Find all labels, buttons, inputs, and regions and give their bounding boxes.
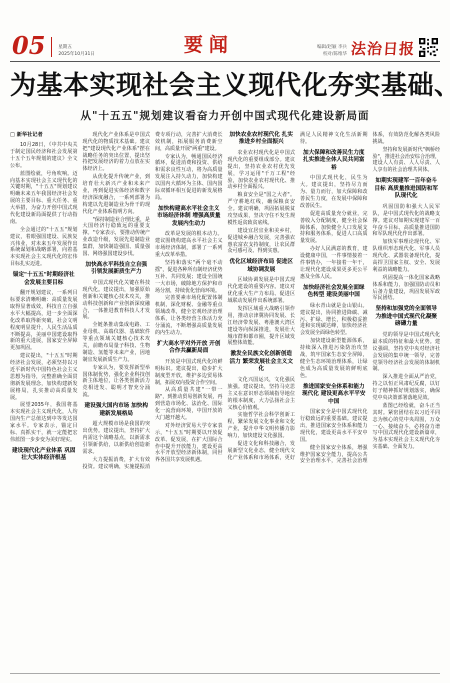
section-heading: 加大保障和改善民生力度 扎实推进全体人民共同富裕	[302, 150, 366, 173]
section-heading: 加快农业农村现代化 扎实推进乡村全面振兴	[230, 132, 294, 147]
paragraph: 绿水青山就是金山银山。建议提出，协同推进降碳、减污、扩绿、增长，积极稳妥推进和实…	[300, 303, 368, 337]
section-heading: 推进国家安全体系和能力现代化 建设更高水平平安中国	[302, 384, 366, 407]
byline: □ 新华社记者	[10, 132, 78, 139]
section-heading: 激发全民族文化创新创造活力 繁荣发展社会主义文化	[230, 351, 294, 374]
section-heading: 加快经济社会发展全面绿色转型 建设美丽中国	[302, 285, 366, 300]
article-body: □ 新华社记者10月28日，《中共中央关于制定国民经济和社会发展第十五个五年规划…	[10, 132, 440, 659]
header-right: 编辑/赵颖 李兵 校对/陈维华 法治日报	[317, 38, 438, 57]
paragraph: 深入推进全面从严治党，持之以恒正风肃纪反腐，以钉钉子精神抓好规划落实，确保党中央…	[373, 374, 441, 402]
page-number: 05	[12, 35, 45, 57]
paragraph: "保持制造业合理比重，是大国经济行稳致远的重要支撑。"专家表示，要推动传统产业改…	[83, 217, 151, 258]
credits-line2: 校对/陈维华	[323, 52, 347, 57]
paragraph: 专家认为，畅通国民经济循环，促进消费和投资、供给和需求良性互动，将为高质量发展注…	[155, 154, 223, 202]
section-heading: 建设强大国内市场 加快构建新发展格局	[85, 403, 149, 418]
paragraph: 10月28日，《中共中央关于制定国民经济和社会发展第十五个五年规划的建议》全文公…	[10, 142, 78, 170]
main-headline: 为基本实现社会主义现代化夯实基础、全面发力	[10, 72, 440, 102]
paragraph: 建设宜居宜业和美乡村，促进城乡融合发展，完善强农惠农富农支持制度，让农民群众可感…	[228, 228, 296, 256]
section-heading: 建设现代化产业体系 巩固壮大实体经济根基	[12, 448, 76, 463]
credits-block: 编辑/赵颖 李兵 校对/陈维华	[317, 45, 347, 57]
paragraph: 超大规模市场是我国的突出优势。建议提出，坚持扩大内需这个战略基点，以新需求引领新…	[83, 421, 151, 455]
paragraph: 巩固提高一体化国家战略体系和能力，加强国防动员和后备力量建设，巩固发展军政军民团…	[373, 275, 441, 303]
paragraph: 开放是中国式现代化的鲜明标识。建议提出，稳步扩大制度型开放，维护多边贸易体制，拓…	[155, 359, 223, 387]
paragraph: 展望2035年，我国将基本实现社会主义现代化，人均国内生产总值达到中等发达国家水…	[10, 402, 78, 443]
paragraph: 现代化产业体系是中国式现代化的物质技术基础。建议把"建设现代化产业体系"摆在战略…	[83, 132, 151, 173]
paragraph: 建议提出，"十五五"时期经济社会发展，必须坚持以习近平新时代中国特色社会主义思想…	[10, 353, 78, 401]
paragraph: 加快建设新型能源体系，持续深入推进污染防治攻坚战，筑牢国家生态安全屏障，健全生态…	[300, 338, 368, 379]
paragraph: 中国式现代化，民生为大。建议提出，坚持尽力而为、量力而行，加大保障和改善民生力度…	[300, 175, 368, 209]
paragraph: 农业农村现代化是中国式现代化的重要组成部分。建议提出，坚持农业农村优先发展，学习…	[228, 150, 296, 191]
paragraph: 中国式现代化关键在科技现代化。建议提出，加强原始创新和关键核心技术攻关，推动科技…	[83, 280, 151, 321]
qr-code-icon	[419, 38, 438, 57]
paragraph: 实施哲学社会科学创新工程，繁荣发展文化事业和文化产业，提升中华文明传播力影响力，…	[228, 412, 296, 440]
paragraph: 坚持和落实"两个毫不动摇"，促进各种所有制经济优势互补、共同发展；建设全国统一大…	[155, 260, 223, 294]
section-heading: 加快高水平科技自立自强 引领发展新质生产力	[85, 262, 149, 277]
credits-line1: 编辑/赵颖 李兵	[317, 45, 347, 50]
section-heading: 坚持和加强党的全面领导 为推进中国式现代化凝聚磅礴力量	[375, 306, 439, 329]
paragraph: 全链条推动集成电路、工业母机、高端仪器、基础软件等重点领域关键核心技术攻关，前瞻…	[83, 322, 151, 363]
paragraph: 发挥区域重大战略引领作用，推动京津冀协同发展、长江经济带发展、粤港澳大湾区建设等…	[228, 306, 296, 347]
date-block: 星期五 2025年10月31日	[58, 45, 94, 57]
paragraph: 改革是发展的根本动力。建议围绕构建高水平社会主义市场经济体制，部署了一系列重大改…	[155, 231, 223, 259]
paragraph: 区域协调发展是中国式现代化建设的重要内容。建议对优化重大生产力布局、促进区域联动…	[228, 277, 296, 305]
paragraph: 完善要素市场化配置体制机制，深化财税、金融等重点领域改革，健全宏观经济治理体系，…	[155, 295, 223, 336]
paragraph: 促进高质量充分就业，完善收入分配制度，健全社会保障体系，加快健全人口发展支持和服…	[300, 211, 368, 245]
sub-headline: 从"十五五"规划建议看奋力开创中国式现代化建设新局面	[10, 108, 440, 123]
section-heading: 优化区域经济布局 促进区域协调发展	[230, 259, 294, 274]
paragraph: 翻开规划建议，一系列目标要求清晰明确：高质量发展取得显著成效，科技自立自强水平大…	[10, 290, 78, 352]
page-header: 05 星期五 2025年10月31日 要闻 编辑/赵颖 李兵 校对/陈维华 法治…	[10, 22, 440, 62]
section-heading: 加快构建高水平社会主义市场经济体制 增强高质量发展内生动力	[157, 206, 221, 229]
paragraph: 粮食安全是"国之大者"。严守耕地红线，确保粮食安全。建议明确，巩固拓展脱贫攻坚成…	[228, 192, 296, 226]
paragraph: 蓝图已经绘就，奋斗正当其时。紧密团结在以习近平同志为核心的党中央周围，万众一心、…	[373, 403, 441, 451]
header-divider	[51, 37, 52, 57]
paragraph: 对外经济贸易大学专家表示，"十五五"时期要以开放促改革、促发展，在扩大国际合作中…	[155, 423, 223, 464]
section-heading: 锚定"十五五"时期经济社会发展主要目标	[12, 272, 76, 287]
section-title: 要闻	[184, 30, 234, 57]
paragraph: 办好人民满意的教育，建设健康中国，一件事情接着一件事情办，一年接着一年干，让现代…	[300, 246, 368, 280]
paragraph: 蓝图绘就，号角吹响。迈向基本实现社会主义现代化的关键时期，"十五五"规划建议明确…	[10, 171, 78, 226]
date-label: 2025年10月31日	[58, 52, 94, 57]
paragraph: 巩固国防和强大人民军队，是中国式现代化的战略支撑。建议对如期实现建军一百年奋斗目…	[373, 204, 441, 238]
bottom-rule	[10, 673, 440, 674]
paragraph: 党的领导是中国式现代化最本质的特征和最大优势。建议强调，坚持党中央对经济社会发展…	[373, 332, 441, 373]
paragraph: 加快军事理论现代化、军队组织形态现代化、军事人员现代化、武器装备现代化，提高捍卫…	[373, 239, 441, 273]
paragraph: 从高质量共建"一带一路"，到推动贸易创新发展，再到营造市场化、法治化、国际化一流…	[155, 387, 223, 421]
paragraph: 专家认为，要发挥新型举国体制优势，强化企业科技创新主体地位，让各类创新活力竞相迸…	[83, 365, 151, 399]
paragraph: 文化兴国运兴，文化强民族强。建议提出，坚持马克思主义在意识形态领域指导地位的根本…	[228, 377, 296, 411]
paragraph: 全会通过的"十五五"规划建议，着眼强国建设、民族复兴伟业，对未来五年发展作出系统…	[10, 227, 78, 268]
paragraph: 坚持和发展新时代"枫桥经验"，推进社会治安综合治理，建设人人有责、人人尽责、人人…	[373, 147, 441, 175]
weekday-label: 星期五	[58, 45, 94, 50]
section-heading: 如期实现建军一百年奋斗目标 高质量推进国防和军队现代化	[375, 178, 439, 201]
newspaper-page: 05 星期五 2025年10月31日 要闻 编辑/赵颖 李兵 校对/陈维华 法治…	[0, 0, 450, 683]
newspaper-logo: 法治日报	[350, 42, 415, 57]
section-heading: 扩大高水平对外开放 开创合作共赢新局面	[157, 341, 221, 356]
header-left: 05 星期五 2025年10月31日	[12, 35, 95, 57]
paragraph: 国家安全是中国式现代化行稳致远的重要基础。建议提出，推进国家安全体系和能力现代化…	[300, 409, 368, 443]
paragraph: 从优化提升传统产业，到培育壮大新兴产业和未来产业，再到促进实体经济和数字经济深度…	[83, 174, 151, 215]
